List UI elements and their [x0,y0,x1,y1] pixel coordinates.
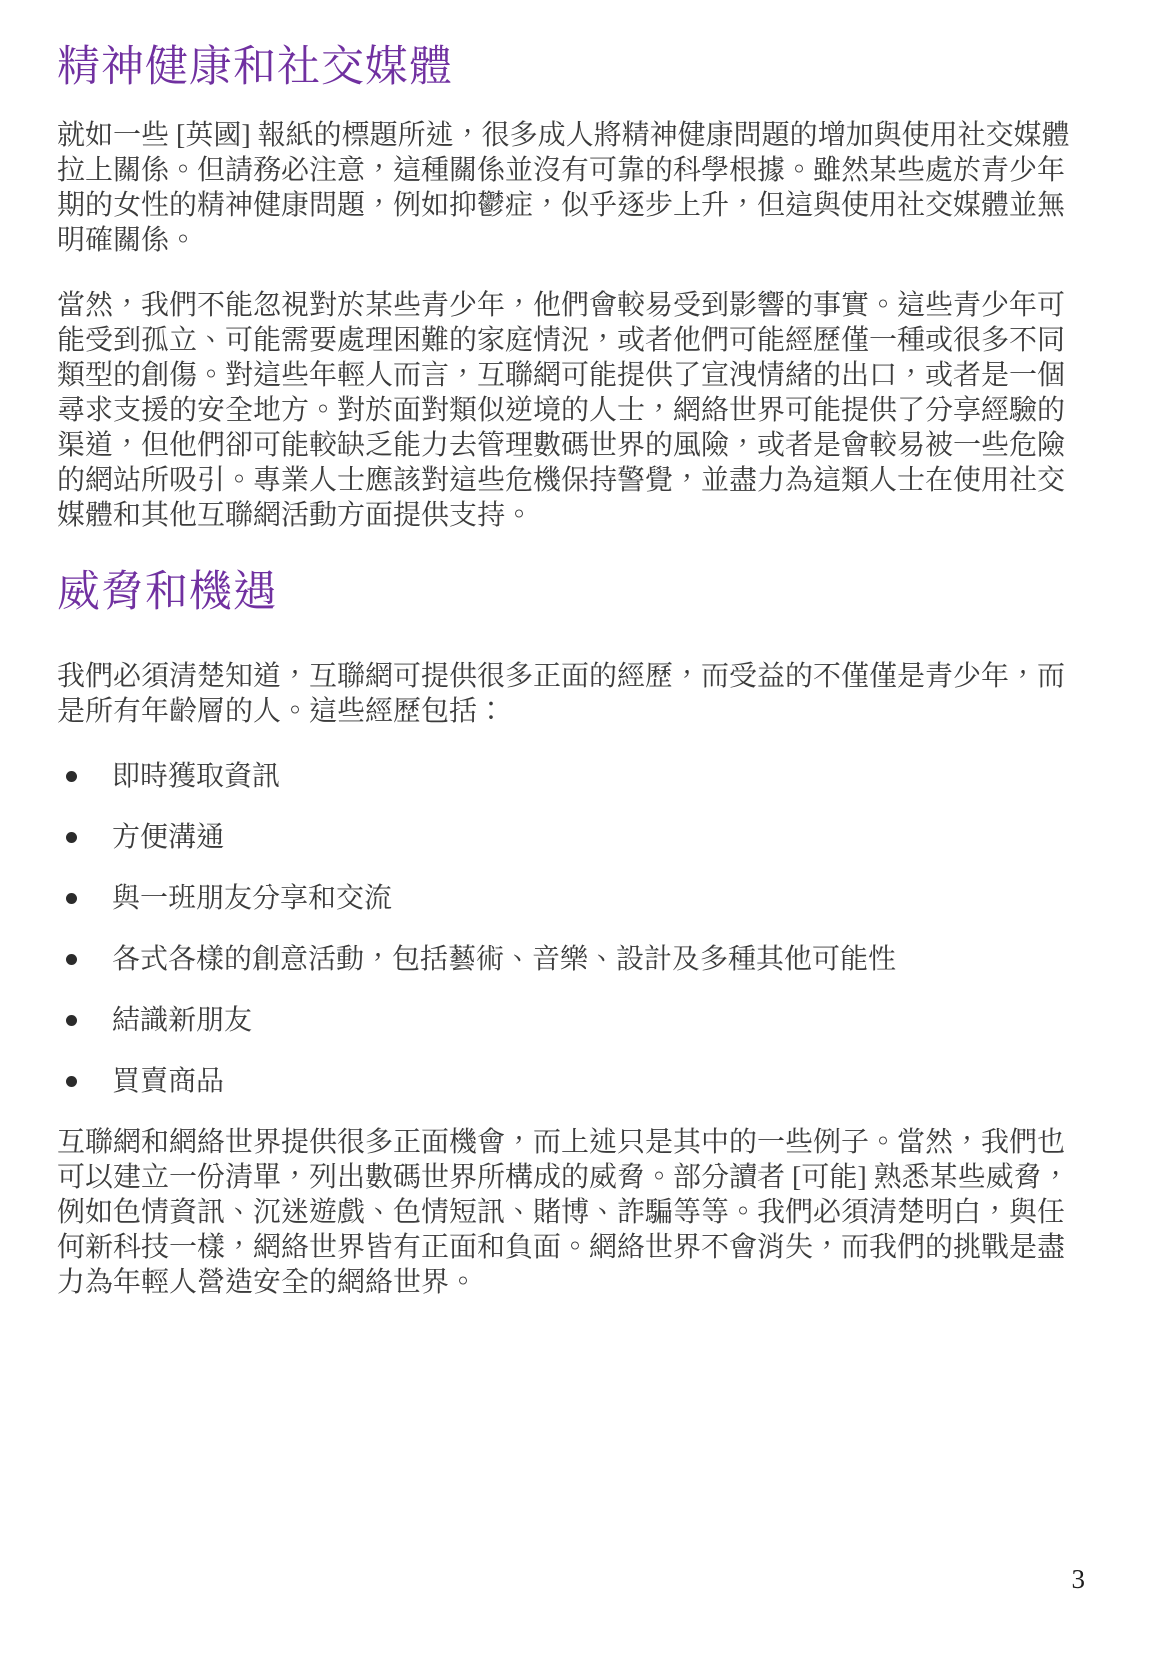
list-item-text: 與一班朋友分享和交流 [112,883,392,914]
paragraph-threats-conclusion: 互聯網和網絡世界提供很多正面機會，而上述只是其中的一些例子。當然，我們也可以建立… [57,1125,1070,1300]
list-item-instant-information: 即時獲取資訊 [57,759,1070,794]
paragraph-vulnerable-teens: 當然，我們不能忽視對於某些青少年，他們會較易受到影響的事實。這些青少年可能受到孤… [57,288,1070,533]
paragraph-headlines-claim: 就如一些 [英國] 報紙的標題所述，很多成人將精神健康問題的增加與使用社交媒體拉… [57,118,1070,258]
section-heading-threats-opportunities: 威脅和機遇 [57,567,1070,619]
paragraph-positive-experiences-intro: 我們必須清楚知道，互聯網可提供很多正面的經歷，而受益的不僅僅是青少年，而是所有年… [57,659,1070,729]
bullet-icon [66,832,77,843]
page-content: 精神健康和社交媒體 就如一些 [英國] 報紙的標題所述，很多成人將精神健康問題的… [57,42,1070,1330]
list-item-text: 方便溝通 [112,822,224,853]
bullet-icon [66,954,77,965]
bullet-icon [66,1076,77,1087]
list-item-text: 各式各樣的創意活動，包括藝術、音樂、設計及多種其他可能性 [112,944,896,975]
list-item-sharing-with-friends: 與一班朋友分享和交流 [57,881,1070,916]
list-item-text: 買賣商品 [112,1066,224,1097]
bullet-icon [66,893,77,904]
bullet-icon [66,1015,77,1026]
list-item-text: 即時獲取資訊 [112,761,280,792]
list-item-easy-communication: 方便溝通 [57,820,1070,855]
list-item-text: 結識新朋友 [112,1005,252,1036]
section-heading-mental-health-social-media: 精神健康和社交媒體 [57,42,1070,94]
list-item-meeting-new-friends: 結識新朋友 [57,1003,1070,1038]
benefits-list: 即時獲取資訊 方便溝通 與一班朋友分享和交流 各式各樣的創意活動，包括藝術、音樂… [57,759,1070,1099]
document-page: 精神健康和社交媒體 就如一些 [英國] 報紙的標題所述，很多成人將精神健康問題的… [0,0,1167,1655]
list-item-buying-selling: 買賣商品 [57,1064,1070,1099]
page-number: 3 [1072,1563,1086,1595]
bullet-icon [66,771,77,782]
list-item-creative-activities: 各式各樣的創意活動，包括藝術、音樂、設計及多種其他可能性 [57,942,1070,977]
